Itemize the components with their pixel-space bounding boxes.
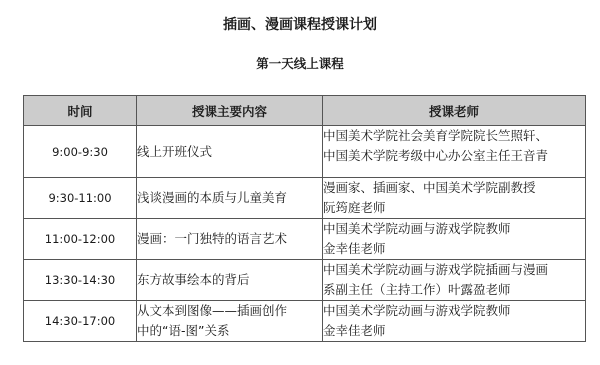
content-line: 浅谈漫画的本质与儿童美育 [137,188,322,208]
content-cell: 浅谈漫画的本质与儿童美育 [137,178,323,219]
document-subtitle: 第一天线上课程 [0,54,600,72]
time-cell: 13:30-14:30 [24,260,137,301]
header-teacher: 授课老师 [323,96,586,126]
teacher-cell: 中国美术学院社会美育学院院长竺照轩、 中国美术学院考级中心办公室主任王音青 [323,126,586,178]
time-cell: 9:00-9:30 [24,126,137,178]
teacher-line: 中国美术学院动画与游戏学院教师 [323,301,585,321]
table-row: 13:30-14:30 东方故事绘本的背后 中国美术学院动画与游戏学院插画与漫画… [24,260,586,301]
teacher-line: 金幸佳老师 [323,321,585,341]
teacher-cell: 中国美术学院动画与游戏学院教师 金幸佳老师 [323,219,586,260]
content-line: 东方故事绘本的背后 [137,270,322,290]
table-row: 14:30-17:00 从文本到图像——插画创作 中的“语-图”关系 中国美术学… [24,301,586,342]
content-line: 从文本到图像——插画创作 [137,301,322,321]
table-row: 9:30-11:00 浅谈漫画的本质与儿童美育 漫画家、插画家、中国美术学院副教… [24,178,586,219]
teacher-line: 中国美术学院社会美育学院院长竺照轩、 [323,126,585,146]
teacher-line: 金幸佳老师 [323,239,585,259]
header-content: 授课主要内容 [137,96,323,126]
teacher-line: 漫画家、插画家、中国美术学院副教授 [323,178,585,198]
time-cell: 14:30-17:00 [24,301,137,342]
content-line: 线上开班仪式 [137,142,322,162]
teacher-line: 中国美术学院动画与游戏学院插画与漫画 [323,260,585,280]
teacher-cell: 中国美术学院动画与游戏学院插画与漫画 系副主任（主持工作）叶露盈老师 [323,260,586,301]
teacher-line: 阮筠庭老师 [323,198,585,218]
schedule-table: 时间 授课主要内容 授课老师 9:00-9:30 线上开班仪式 中国美术学院社会… [23,95,586,342]
teacher-line: 中国美术学院考级中心办公室主任王音青 [323,146,585,166]
teacher-cell: 中国美术学院动画与游戏学院教师 金幸佳老师 [323,301,586,342]
teacher-line: 系副主任（主持工作）叶露盈老师 [323,280,585,300]
time-cell: 9:30-11:00 [24,178,137,219]
header-time: 时间 [24,96,137,126]
table-row: 11:00-12:00 漫画：一门独特的语言艺术 中国美术学院动画与游戏学院教师… [24,219,586,260]
teacher-cell: 漫画家、插画家、中国美术学院副教授 阮筠庭老师 [323,178,586,219]
table-row: 9:00-9:30 线上开班仪式 中国美术学院社会美育学院院长竺照轩、 中国美术… [24,126,586,178]
content-line: 中的“语-图”关系 [137,321,322,341]
table-header-row: 时间 授课主要内容 授课老师 [24,96,586,126]
content-cell: 漫画：一门独特的语言艺术 [137,219,323,260]
content-cell: 线上开班仪式 [137,126,323,178]
content-line: 漫画：一门独特的语言艺术 [137,229,322,249]
document-title: 插画、漫画课程授课计划 [0,14,600,34]
content-cell: 从文本到图像——插画创作 中的“语-图”关系 [137,301,323,342]
time-cell: 11:00-12:00 [24,219,137,260]
content-cell: 东方故事绘本的背后 [137,260,323,301]
teacher-line: 中国美术学院动画与游戏学院教师 [323,219,585,239]
